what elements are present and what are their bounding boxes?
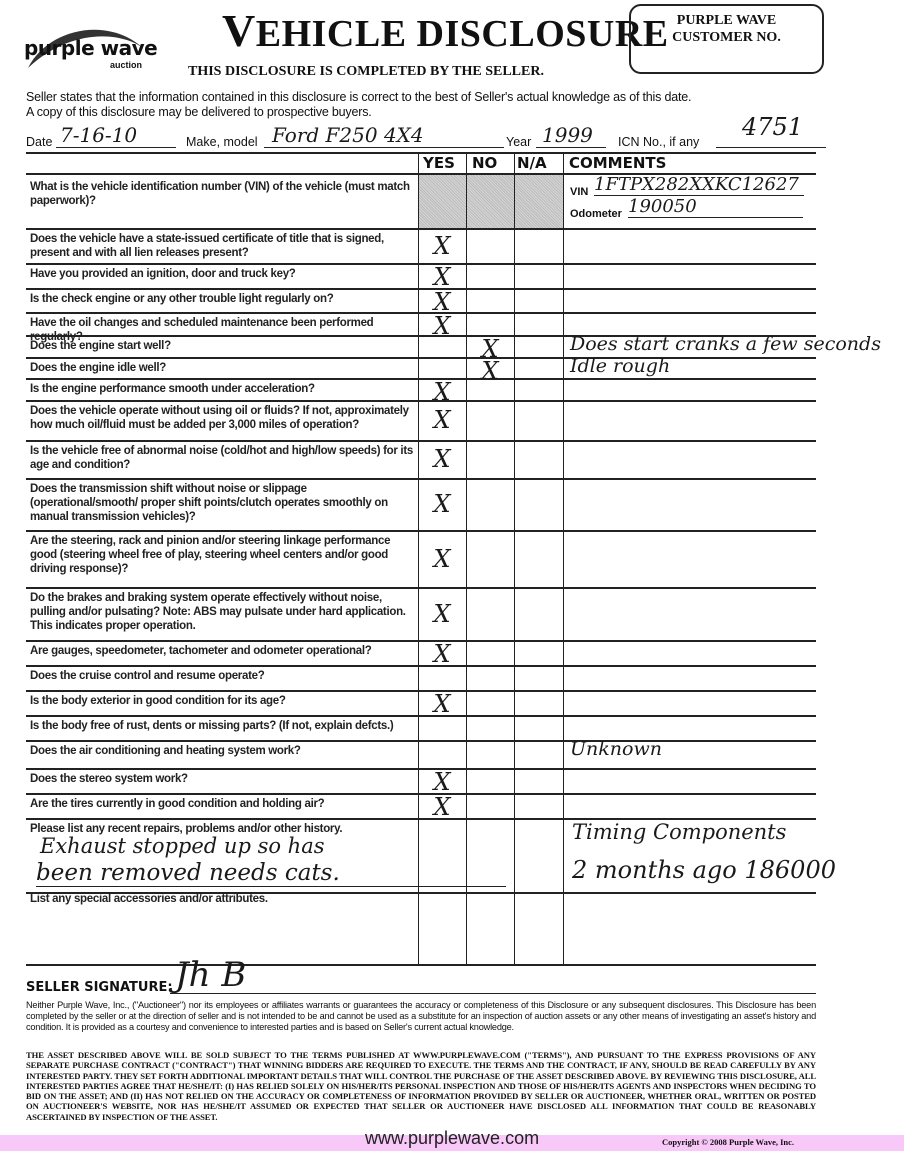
odometer-label: Odometer — [570, 208, 622, 220]
purple-wave-logo: purple wave auction — [18, 18, 168, 74]
recent-repairs-line2[interactable]: been removed needs cats. — [36, 860, 506, 887]
question-text: Is the engine performance smooth under a… — [30, 382, 414, 396]
customer-number-box[interactable]: PURPLE WAVE CUSTOMER NO. — [629, 4, 824, 74]
answer-yes-checkbox[interactable]: X — [418, 232, 466, 260]
make-model-label: Make, model — [186, 135, 258, 149]
question-text: Does the stereo system work? — [30, 772, 414, 786]
answer-yes-checkbox[interactable]: X — [418, 263, 466, 291]
logo-subtext: auction — [110, 60, 142, 70]
answer-yes-checkbox[interactable]: X — [418, 768, 466, 796]
make-model-field[interactable]: Ford F250 4X4 — [272, 123, 424, 147]
date-label: Date — [26, 135, 52, 149]
question-text: Are the tires currently in good conditio… — [30, 797, 414, 811]
question-text: Is the check engine or any other trouble… — [30, 292, 414, 306]
question-text: Do the brakes and braking system operate… — [30, 591, 414, 633]
year-label: Year — [506, 135, 531, 149]
vin-shaded-cells — [418, 173, 563, 228]
answer-yes-checkbox[interactable]: X — [418, 690, 466, 718]
vin-label: VIN — [570, 186, 588, 198]
question-text: Does the engine start well? — [30, 339, 414, 353]
answer-yes-checkbox[interactable]: X — [418, 640, 466, 668]
answer-yes-checkbox[interactable]: X — [418, 793, 466, 821]
column-yes: YES — [423, 154, 455, 172]
question-text: Are gauges, speedometer, tachometer and … — [30, 644, 414, 658]
website-link[interactable]: www.purplewave.com — [365, 1128, 539, 1149]
comment-field[interactable]: Unknown — [570, 738, 662, 760]
question-text: Does the vehicle operate without using o… — [30, 404, 414, 432]
answer-yes-checkbox[interactable]: X — [418, 406, 466, 434]
copyright-text: Copyright © 2008 Purple Wave, Inc. — [662, 1137, 794, 1147]
question-text: Does the air conditioning and heating sy… — [30, 744, 414, 758]
answer-yes-checkbox[interactable]: X — [418, 490, 466, 518]
seller-signature-label: SELLER SIGNATURE: — [26, 980, 173, 995]
answer-yes-checkbox[interactable]: X — [418, 445, 466, 473]
question-text: Are the steering, rack and pinion and/or… — [30, 534, 414, 576]
repairs-comment-line2[interactable]: 2 months ago 186000 — [572, 856, 836, 884]
answer-yes-checkbox[interactable]: X — [418, 545, 466, 573]
question-text: Does the cruise control and resume opera… — [30, 669, 414, 683]
column-na: N/A — [517, 154, 547, 172]
odometer-field[interactable]: 190050 — [628, 196, 803, 218]
question-text: Is the body free of rust, dents or missi… — [30, 719, 414, 733]
question-text: Does the engine idle well? — [30, 361, 414, 375]
answer-yes-checkbox[interactable]: X — [418, 312, 466, 340]
page-subtitle: THIS DISCLOSURE IS COMPLETED BY THE SELL… — [188, 64, 544, 80]
answer-yes-checkbox[interactable]: X — [418, 600, 466, 628]
date-field[interactable]: 7-16-10 — [60, 123, 137, 147]
column-no: NO — [472, 154, 497, 172]
question-text: Is the vehicle free of abnormal noise (c… — [30, 444, 414, 472]
disclosure-table: YES NO N/A COMMENTS What is the vehicle … — [26, 152, 816, 966]
year-field[interactable]: 1999 — [542, 123, 593, 147]
accessories-question: List any special accessories and/or attr… — [30, 892, 414, 906]
comment-field[interactable]: Idle rough — [570, 355, 670, 377]
question-text: Have you provided an ignition, door and … — [30, 267, 414, 281]
repairs-comment-line1[interactable]: Timing Components — [572, 820, 786, 844]
intro-statement: Seller states that the information conta… — [26, 90, 826, 120]
icn-field[interactable]: 4751 — [742, 113, 803, 141]
answer-yes-checkbox[interactable]: X — [418, 378, 466, 406]
question-text: Does the transmission shift without nois… — [30, 482, 414, 524]
vehicle-info-fields: Date 7-16-10 Make, model Ford F250 4X4 Y… — [26, 125, 826, 147]
recent-repairs-line1[interactable]: Exhaust stopped up so has — [40, 834, 324, 858]
column-comments: COMMENTS — [569, 154, 666, 172]
question-text: Does the vehicle have a state-issued cer… — [30, 232, 414, 260]
answer-no-checkbox[interactable]: X — [466, 357, 514, 385]
vin-question: What is the vehicle identification numbe… — [30, 180, 414, 208]
question-text: Is the body exterior in good condition f… — [30, 694, 414, 708]
comment-field[interactable]: Does start cranks a few seconds — [570, 333, 881, 355]
seller-signature[interactable]: Jh B — [175, 955, 246, 995]
disclaimer-text: Neither Purple Wave, Inc., ("Auctioneer"… — [26, 1000, 816, 1033]
icn-label: ICN No., if any — [618, 135, 699, 149]
vin-field[interactable]: 1FTPX282XXKC12627 — [594, 174, 804, 196]
page-title: VEHICLE DISCLOSURE — [222, 4, 669, 57]
terms-text: THE ASSET DESCRIBED ABOVE WILL BE SOLD S… — [26, 1050, 816, 1122]
logo-text: purple wave — [24, 36, 157, 60]
